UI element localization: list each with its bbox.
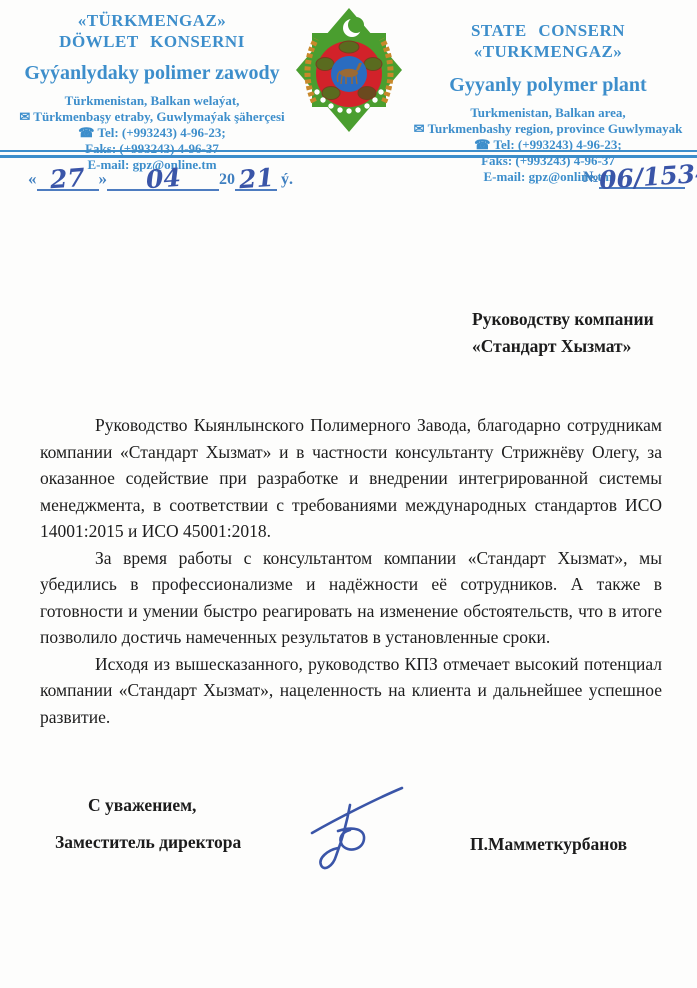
handwritten-number: 06/1534 (599, 166, 697, 188)
org-name-line2: «TURKMENGAZ» (402, 41, 694, 62)
signer-name: П.Мамметкурбанов (470, 834, 627, 855)
tel-line: ☎Tel: (+993243) 4-96-23; (6, 125, 298, 141)
address-line: ✉Turkmenbashy region, province Guwlymaya… (402, 121, 694, 137)
recipient-block: Руководству компании «Стандарт Хызмат» (472, 306, 654, 360)
year-blank: 21 (235, 169, 277, 191)
letter-page: «TÜRKMENGAZ» DÖWLET KONSERNI Gyýanlydaky… (0, 0, 697, 988)
envelope-icon: ✉ (19, 109, 30, 124)
body-paragraph-1: Руководство Кыянлынского Полимерного Зав… (40, 412, 662, 545)
date-number-row: «27»042021 ý. №06/1534 (0, 163, 697, 205)
address-line-text: Türkmenbaşy etraby, Guwlymaýak şäherçesi (33, 109, 284, 124)
number-label: № (583, 169, 599, 186)
handwritten-month: 04 (145, 171, 181, 187)
plant-name: Gyyanly polymer plant (402, 73, 694, 97)
date-field: «27»042021 ý. (28, 169, 293, 191)
address-line: ✉Türkmenbaşy etraby, Guwlymaýak şäherçes… (6, 109, 298, 125)
letterhead-left: «TÜRKMENGAZ» DÖWLET KONSERNI Gyýanlydaky… (6, 10, 298, 173)
recipient-line1: Руководству компании (472, 306, 654, 333)
emblem-graphic (294, 6, 404, 134)
handwritten-day: 27 (50, 171, 86, 187)
address-line: Turkmenistan, Balkan area, (402, 105, 694, 121)
phone-icon: ☎ (78, 125, 94, 140)
salutation: С уважением, (88, 795, 196, 816)
letter-body: Руководство Кыянлынского Полимерного Зав… (40, 412, 662, 730)
year-suffix: ý. (281, 171, 293, 188)
number-blank: 06/1534 (599, 167, 685, 189)
recipient-line2: «Стандарт Хызмат» (472, 333, 654, 360)
turkmenistan-state-emblem (294, 6, 404, 144)
day-blank: 27 (37, 169, 99, 191)
open-quote: « (28, 169, 37, 188)
close-quote: » (99, 169, 108, 188)
handwritten-signature (292, 772, 410, 890)
plant-name: Gyýanlydaky polimer zawody (6, 61, 298, 85)
body-paragraph-3: Исходя из вышесказанного, руководство КП… (40, 651, 662, 731)
handwritten-year: 21 (238, 171, 274, 187)
address-line: Türkmenistan, Balkan welaýat, (6, 93, 298, 109)
envelope-icon: ✉ (414, 121, 425, 136)
org-name-line2: DÖWLET KONSERNI (6, 31, 298, 52)
signature-graphic (292, 772, 410, 890)
letterhead-right: STATE CONSERN «TURKMENGAZ» Gyyanly polym… (402, 20, 694, 185)
letterhead-divider (0, 150, 697, 158)
year-prefix: 20 (219, 171, 235, 188)
ref-number-field: №06/1534 (583, 167, 685, 189)
tel-text: Tel: (+993243) 4-96-23; (97, 125, 225, 140)
body-paragraph-2: За время работы с консультантом компании… (40, 545, 662, 651)
address-line-text: Turkmenbashy region, province Guwlymayak (428, 121, 683, 136)
org-name-line1: STATE CONSERN (402, 20, 694, 41)
org-name-line1: «TÜRKMENGAZ» (6, 10, 298, 31)
signer-position: Заместитель директора (55, 832, 241, 853)
month-blank: 04 (107, 169, 219, 191)
